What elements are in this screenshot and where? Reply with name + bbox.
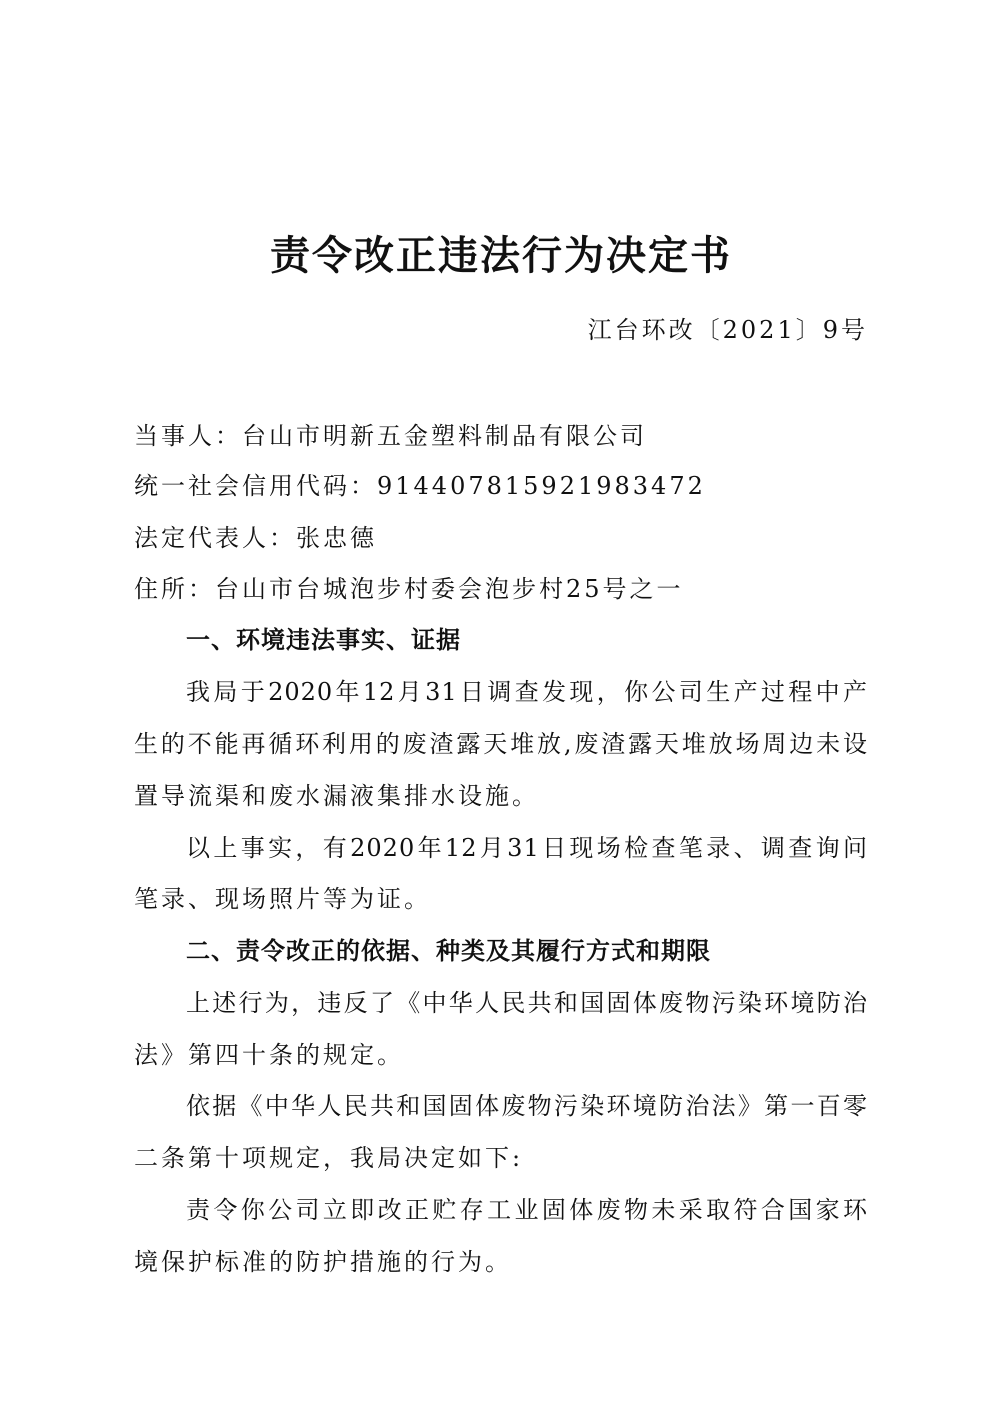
section-1-paragraph-line: 以上事实，有2020年12月31日现场检查笔录、调查询问 <box>186 830 868 866</box>
address-label: 住所： <box>134 575 215 603</box>
legal-rep-label: 法定代表人： <box>134 524 296 552</box>
section-2-heading: 二、责令改正的依据、种类及其履行方式和期限 <box>186 933 711 969</box>
section-1-heading: 一、环境违法事实、证据 <box>186 622 461 658</box>
credit-code-line: 统一社会信用代码：914407815921983472 <box>134 468 706 504</box>
section-1-paragraph-line: 我局于2020年12月31日调查发现，你公司生产过程中产 <box>186 674 868 710</box>
party-name-label: 当事人： <box>134 422 242 450</box>
credit-code-label: 统一社会信用代码： <box>134 472 377 500</box>
credit-code: 914407815921983472 <box>377 472 706 500</box>
address: 台山市台城泡步村委会泡步村25号之一 <box>215 575 684 603</box>
legal-rep-line: 法定代表人：张忠德 <box>134 520 377 556</box>
legal-rep: 张忠德 <box>296 524 377 552</box>
section-1-paragraph-line: 笔录、现场照片等为证。 <box>134 881 431 917</box>
document-number: 江台环改〔2021〕9号 <box>588 312 868 348</box>
section-2-paragraph-line: 上述行为，违反了《中华人民共和国固体废物污染环境防治 <box>186 985 868 1021</box>
section-1-paragraph-line: 生的不能再循环利用的废渣露天堆放,废渣露天堆放场周边未设 <box>134 726 868 762</box>
party-name-line: 当事人：台山市明新五金塑料制品有限公司 <box>134 418 647 454</box>
section-2-paragraph-line: 二条第十项规定，我局决定如下: <box>134 1140 523 1176</box>
document-title: 责令改正违法行为决定书 <box>0 228 992 284</box>
section-2-paragraph-line: 依据《中华人民共和国固体废物污染环境防治法》第一百零 <box>186 1088 868 1124</box>
section-2-paragraph-line: 责令你公司立即改正贮存工业固体废物未采取符合国家环 <box>186 1192 868 1228</box>
address-line: 住所：台山市台城泡步村委会泡步村25号之一 <box>134 571 684 607</box>
party-name: 台山市明新五金塑料制品有限公司 <box>242 422 647 450</box>
document-page: 责令改正违法行为决定书 江台环改〔2021〕9号 当事人：台山市明新五金塑料制品… <box>0 0 992 1403</box>
section-1-paragraph-line: 置导流渠和废水漏液集排水设施。 <box>134 778 539 814</box>
section-2-paragraph-line: 法》第四十条的规定。 <box>134 1037 404 1073</box>
section-2-paragraph-line: 境保护标准的防护措施的行为。 <box>134 1244 512 1280</box>
